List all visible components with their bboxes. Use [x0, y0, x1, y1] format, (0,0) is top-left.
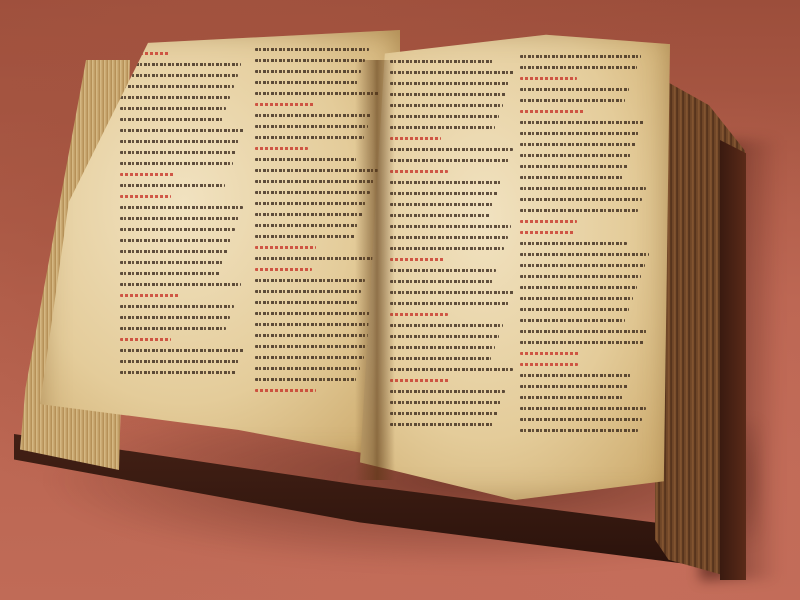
script-line — [520, 132, 640, 135]
script-line — [255, 378, 356, 381]
script-line — [520, 242, 627, 245]
right-cover-edge — [720, 140, 746, 580]
script-line — [390, 192, 498, 195]
script-line — [390, 148, 513, 151]
script-line — [520, 330, 647, 333]
script-line — [255, 334, 371, 337]
script-line — [120, 96, 230, 99]
script-line — [520, 187, 646, 190]
script-line — [390, 269, 496, 272]
script-line — [390, 302, 510, 305]
script-line — [520, 176, 624, 179]
rubric-line — [255, 103, 315, 106]
script-line — [520, 88, 629, 91]
rubric-line — [390, 137, 441, 140]
script-line — [120, 349, 244, 352]
rubric-line — [255, 147, 308, 150]
script-line — [520, 121, 644, 124]
photo-scene: Photograph of an old open manuscript boo… — [0, 0, 800, 600]
script-line — [520, 154, 632, 157]
script-line — [520, 198, 642, 201]
script-line — [255, 48, 369, 51]
script-line — [120, 107, 226, 110]
script-line — [390, 159, 509, 162]
script-line — [120, 184, 225, 187]
script-line — [520, 143, 636, 146]
script-line — [120, 217, 239, 220]
script-line — [520, 319, 625, 322]
script-line — [390, 390, 505, 393]
script-line — [520, 66, 637, 69]
script-line — [120, 74, 238, 77]
script-line — [255, 202, 366, 205]
rubric-line — [120, 294, 179, 297]
script-line — [520, 385, 628, 388]
script-line — [120, 206, 243, 209]
right-page — [360, 30, 670, 500]
rubric-line — [390, 313, 448, 316]
script-line — [120, 250, 228, 253]
script-line — [520, 286, 637, 289]
script-line — [255, 301, 358, 304]
script-line — [520, 209, 638, 212]
script-line — [255, 59, 365, 62]
script-line — [255, 125, 368, 128]
script-line — [120, 272, 220, 275]
rubric-line — [120, 195, 171, 198]
script-line — [390, 225, 511, 228]
script-line — [120, 327, 226, 330]
rubric-line — [520, 110, 584, 113]
script-line — [120, 63, 241, 66]
rubric-line — [390, 170, 448, 173]
script-line — [390, 247, 504, 250]
rubric-line — [120, 173, 174, 176]
rubric-line — [255, 268, 312, 271]
script-line — [520, 418, 642, 421]
script-line — [255, 114, 371, 117]
script-line — [120, 239, 231, 242]
script-line — [390, 82, 510, 85]
rubric-line — [120, 338, 171, 341]
script-line — [390, 60, 493, 63]
script-line — [255, 213, 363, 216]
script-line — [120, 118, 223, 121]
rubric-line — [255, 389, 316, 392]
rubric-line — [520, 77, 577, 80]
script-line — [390, 115, 499, 118]
script-line — [120, 316, 230, 319]
script-line — [390, 203, 494, 206]
script-line — [520, 297, 633, 300]
script-line — [120, 360, 240, 363]
script-line — [120, 305, 234, 308]
script-line — [520, 264, 645, 267]
script-line — [520, 308, 629, 311]
script-line — [390, 412, 498, 415]
script-line — [255, 224, 359, 227]
script-line — [120, 371, 236, 374]
script-line — [390, 423, 494, 426]
script-line — [390, 368, 513, 371]
right-page-column-2 — [520, 55, 650, 445]
script-line — [255, 356, 364, 359]
script-line — [255, 367, 360, 370]
script-line — [390, 280, 493, 283]
script-line — [120, 151, 236, 154]
script-line — [390, 401, 501, 404]
script-line — [520, 275, 641, 278]
script-line — [520, 55, 641, 58]
script-line — [120, 140, 240, 143]
script-line — [520, 99, 625, 102]
script-line — [390, 104, 503, 107]
script-line — [390, 236, 508, 239]
script-line — [520, 165, 628, 168]
rubric-line — [520, 231, 575, 234]
script-line — [520, 253, 649, 256]
script-line — [255, 136, 364, 139]
script-line — [255, 290, 361, 293]
script-line — [120, 228, 235, 231]
script-line — [255, 81, 358, 84]
script-line — [390, 71, 514, 74]
script-line — [390, 346, 495, 349]
script-line — [255, 158, 356, 161]
script-line — [390, 214, 490, 217]
rubric-line — [120, 52, 170, 55]
script-line — [120, 162, 233, 165]
right-page-column-1 — [390, 60, 515, 440]
script-line — [255, 235, 355, 238]
script-line — [255, 191, 370, 194]
script-line — [520, 429, 638, 432]
script-line — [390, 335, 499, 338]
script-line — [120, 283, 241, 286]
rubric-line — [390, 379, 449, 382]
script-line — [520, 374, 632, 377]
script-line — [390, 181, 501, 184]
script-line — [255, 70, 361, 73]
script-line — [120, 85, 234, 88]
left-page-column-1 — [120, 52, 245, 392]
script-line — [390, 357, 491, 360]
rubric-line — [520, 363, 578, 366]
rubric-line — [520, 352, 580, 355]
script-line — [255, 279, 365, 282]
rubric-line — [390, 258, 445, 261]
script-line — [120, 129, 244, 132]
script-line — [520, 341, 644, 344]
script-line — [390, 93, 506, 96]
script-line — [255, 345, 368, 348]
rubric-line — [520, 220, 577, 223]
script-line — [390, 126, 495, 129]
book-gutter — [355, 60, 395, 480]
script-line — [520, 407, 646, 410]
rubric-line — [255, 246, 316, 249]
script-line — [120, 261, 224, 264]
script-line — [390, 291, 514, 294]
script-line — [390, 324, 503, 327]
script-line — [520, 396, 624, 399]
